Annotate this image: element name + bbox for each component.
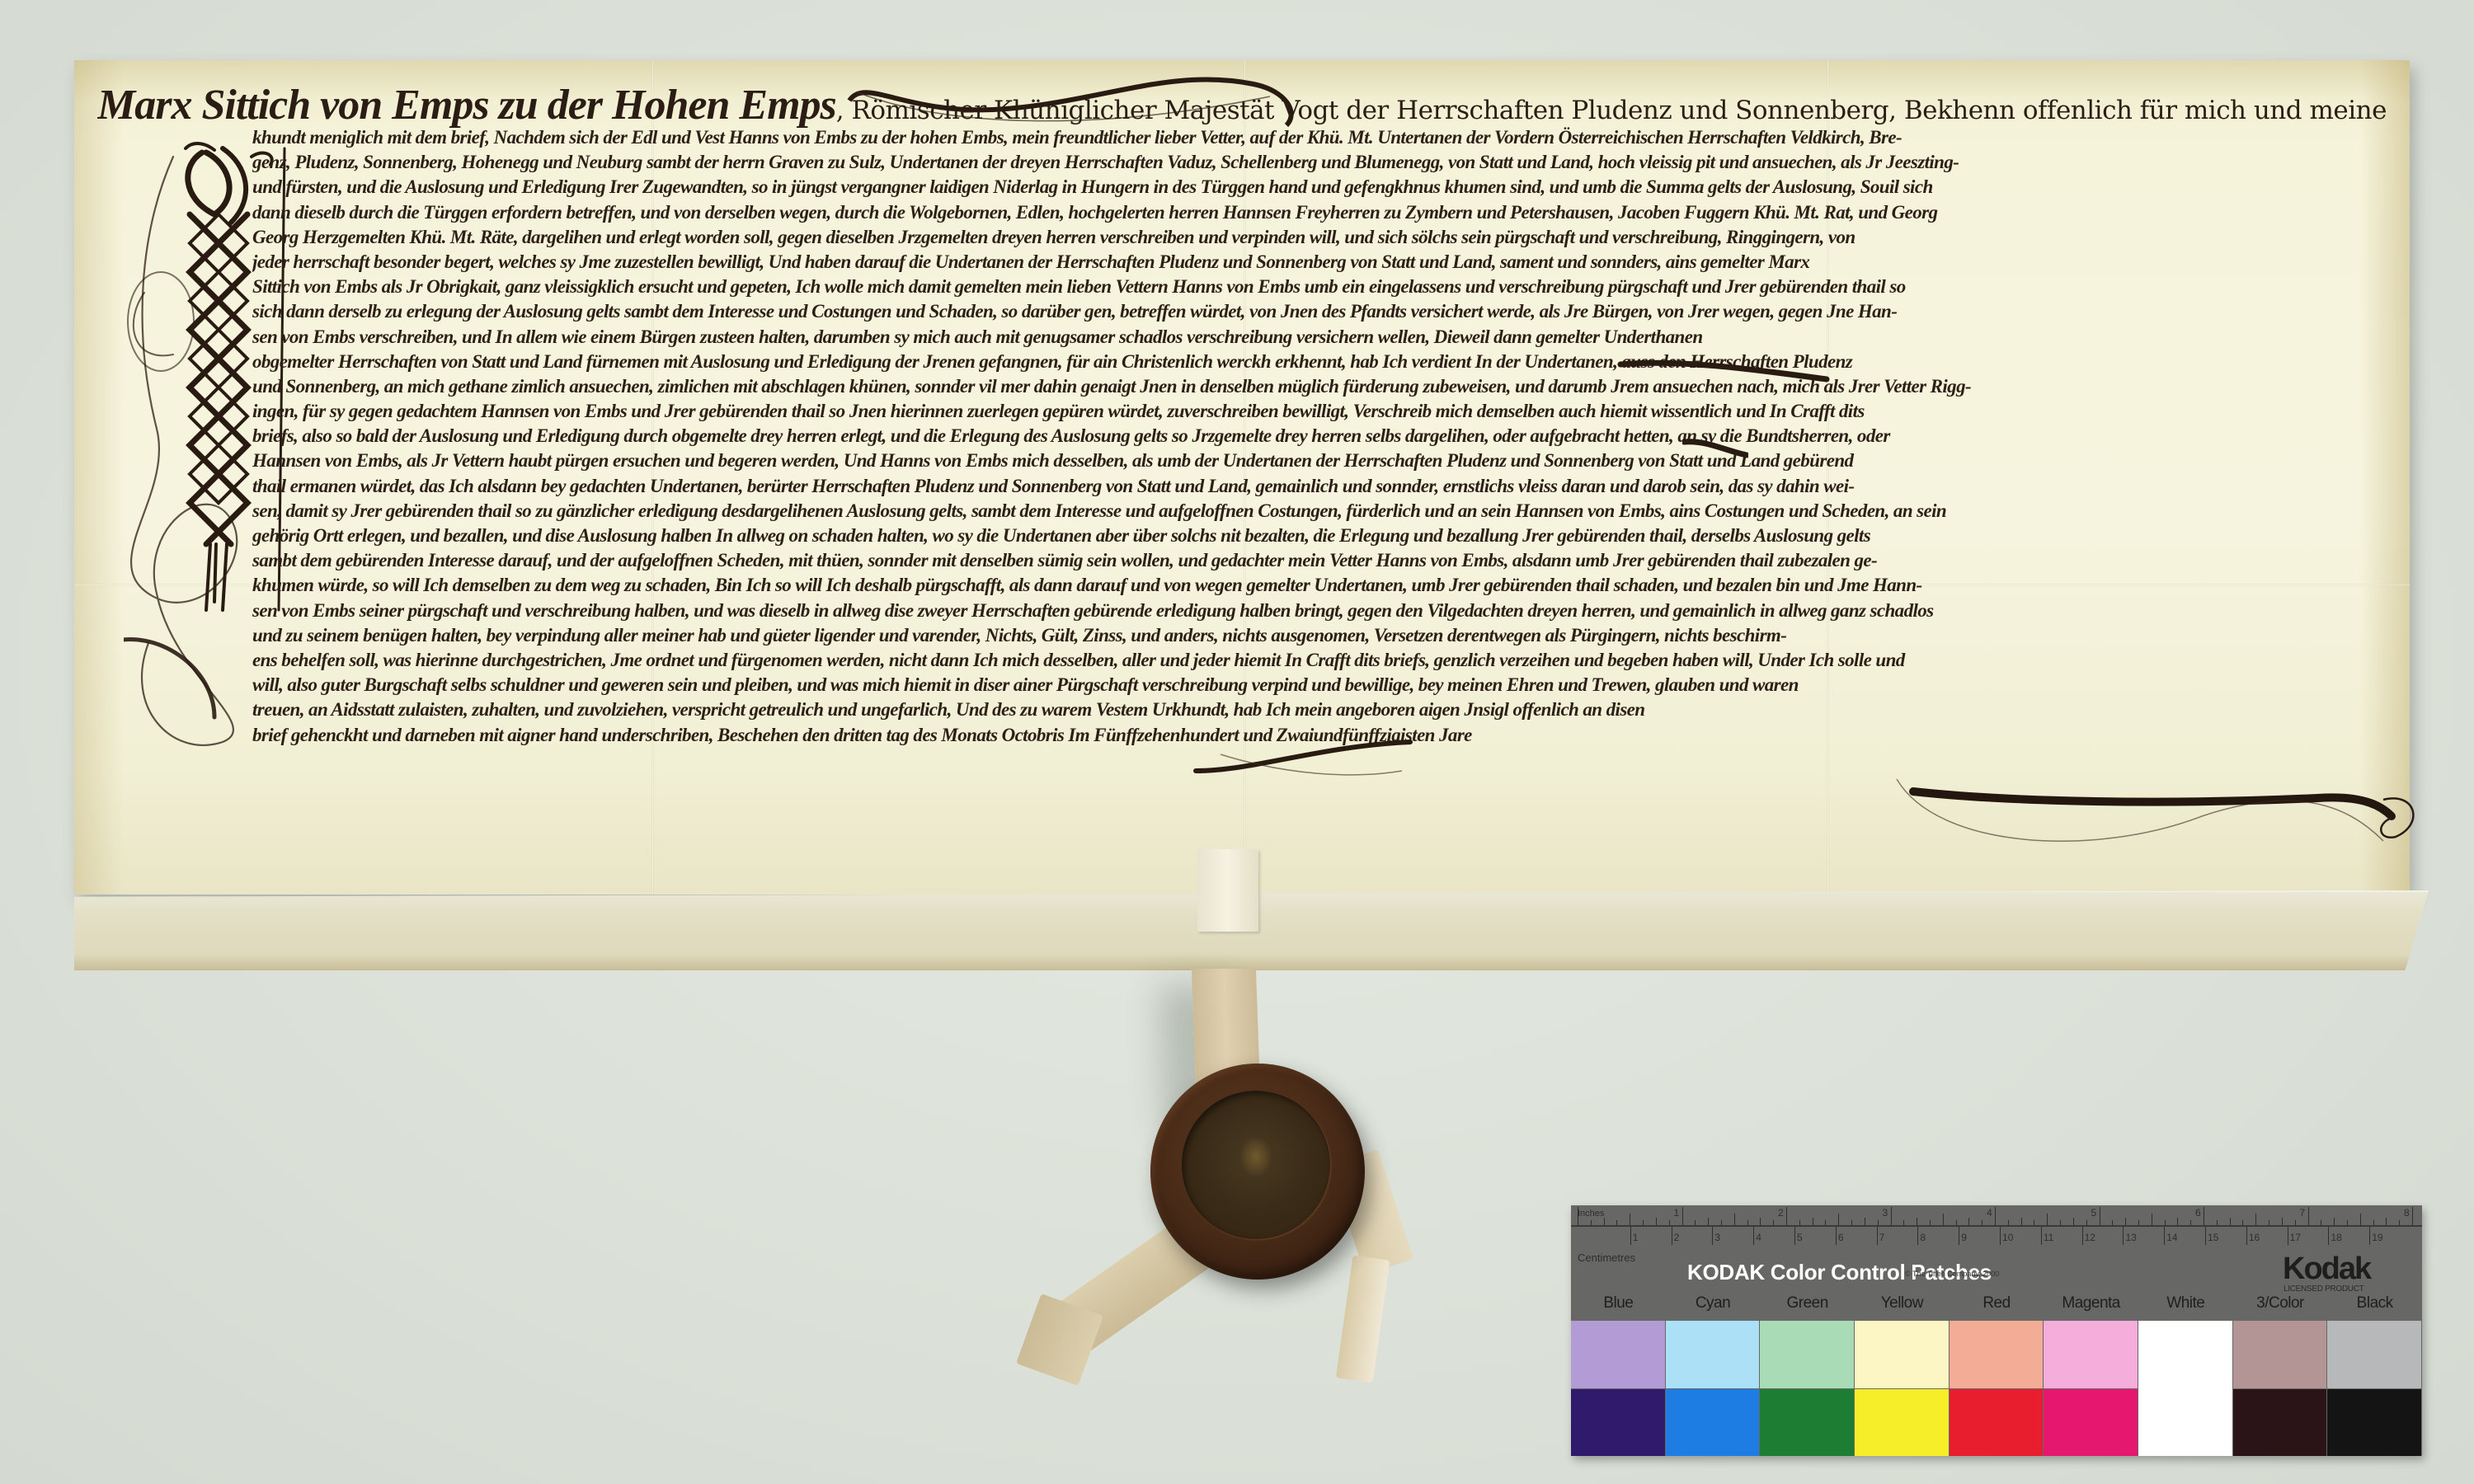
- patch-light-cyan: [1666, 1321, 1760, 1388]
- ruler-tick: [2125, 1218, 2126, 1225]
- text-line: sich dann derselb zu erlegung der Auslos…: [252, 299, 2392, 324]
- text-line: briefs, also so bald der Auslosung und E…: [252, 424, 2392, 448]
- text-line: ens behelfen soll, was hierinne durchges…: [252, 648, 2392, 673]
- ruler-tick: [2177, 1218, 2178, 1225]
- ruler-tick: [2060, 1220, 2061, 1225]
- ruler-tick: [2165, 1220, 2166, 1225]
- patch-dark-cyan: [1666, 1389, 1760, 1456]
- ruler-inches-label: Inches: [1578, 1209, 1604, 1219]
- patch-label-magenta: Magenta: [2046, 1294, 2137, 1313]
- ruler-tick: [2000, 1227, 2001, 1245]
- ruler-tick: [1995, 1207, 1996, 1225]
- ruler-tick: [2321, 1220, 2321, 1225]
- patch-label-white: White: [2140, 1294, 2231, 1313]
- ruler-tick: [2164, 1227, 2165, 1245]
- patch-labels: BlueCyanGreenYellowRedMagentaWhite3/Colo…: [1571, 1294, 2422, 1317]
- patch-light-3-color: [2233, 1321, 2327, 1388]
- ruler-cm-label-tick: 12: [2085, 1232, 2095, 1243]
- ruler-tick: [2204, 1207, 2204, 1225]
- ruler-tick: [1734, 1214, 1735, 1225]
- ruler-tick: [1959, 1227, 1959, 1245]
- ruler-tick: [2123, 1227, 2124, 1245]
- ruler-inch-label: 6: [2195, 1207, 2201, 1219]
- ruler-tick: [1794, 1227, 1795, 1245]
- wax-seal: [1150, 1064, 1365, 1280]
- ruler-tick: [1630, 1214, 1630, 1225]
- ruler-tick: [1672, 1227, 1672, 1245]
- ruler-tick: [2308, 1207, 2309, 1225]
- ruler-tick: [2412, 1207, 2413, 1225]
- ruler-tick: [2021, 1218, 2022, 1225]
- ruler-cm-label-tick: 6: [1838, 1232, 1844, 1243]
- ruler-cm-label-tick: 4: [1756, 1232, 1761, 1243]
- ruler-tick: [2369, 1227, 2370, 1245]
- ruler-cm-label-tick: 19: [2372, 1232, 2382, 1243]
- ruler-tick: [2152, 1214, 2152, 1225]
- text-line: und fürsten, und die Auslosung und Erled…: [252, 175, 2392, 200]
- ruler-tick: [1695, 1220, 1696, 1225]
- ruler-tick: [1591, 1220, 1592, 1225]
- ruler-tick: [1891, 1207, 1892, 1225]
- ruler-inches: Inches 12345678: [1571, 1205, 2422, 1227]
- ruler-tick: [1578, 1207, 1578, 1225]
- ruler-tick: [2100, 1207, 2100, 1225]
- text-line: Sittich von Embs als Jr Obrigkait, ganz …: [252, 275, 2392, 299]
- ruler-cm-label-tick: 9: [1961, 1232, 1967, 1243]
- patch-label-red: Red: [1951, 1294, 2042, 1313]
- ruler-tick: [1917, 1218, 1917, 1225]
- ruler-cm-label-tick: 5: [1797, 1232, 1803, 1243]
- patch-label-blue: Blue: [1573, 1294, 1663, 1313]
- patch-dark-red: [1950, 1389, 2044, 1456]
- ruler-tick: [2282, 1218, 2283, 1225]
- patch-label-green: Green: [1762, 1294, 1853, 1313]
- ruler-tick: [1799, 1220, 1800, 1225]
- patch-light-yellow: [1855, 1321, 1949, 1388]
- ruler-tick: [2334, 1218, 2335, 1225]
- text-line: und Sonnenberg, an mich gethane zimlich …: [252, 374, 2392, 399]
- patch-dark-green: [1760, 1389, 1854, 1456]
- ruler-tick: [1851, 1220, 1852, 1225]
- patch-light-green: [1760, 1321, 1854, 1388]
- kodak-logo: Kodak: [2283, 1252, 2370, 1287]
- text-line: sen, damit sy Jrer gebürenden thail so z…: [252, 499, 2392, 524]
- text-line: dann dieselb durch die Türggen erfordern…: [252, 200, 2392, 225]
- ruler-tick: [2230, 1218, 2231, 1225]
- ruler-cm-label-tick: 10: [2002, 1232, 2013, 1243]
- patch-label-black: Black: [2330, 1294, 2420, 1313]
- ruler-cm-label-tick: 8: [1920, 1232, 1926, 1243]
- ruler-tick: [2386, 1218, 2387, 1225]
- text-line: obgemelter Herrschaften von Statt und La…: [252, 350, 2392, 374]
- patch-light-black: [2327, 1321, 2421, 1388]
- ruler-tick: [2047, 1214, 2048, 1225]
- ruler-tick: [2328, 1227, 2329, 1245]
- ruler-tick: [2217, 1220, 2218, 1225]
- ruler-tick: [1877, 1227, 1878, 1245]
- ruler-tick: [1708, 1218, 1709, 1225]
- ruler-inch-label: 1: [1674, 1207, 1680, 1219]
- ruler-cm-label-tick: 3: [1714, 1232, 1720, 1243]
- patch-label-yellow: Yellow: [1856, 1294, 1947, 1313]
- ruler-tick: [2034, 1220, 2034, 1225]
- patch-dark-3-color: [2233, 1389, 2327, 1456]
- ruler-tick: [1838, 1214, 1839, 1225]
- ruler-tick: [1682, 1207, 1683, 1225]
- ruler-cm-label: Centimetres: [1578, 1252, 1635, 1264]
- ruler-inch-label: 2: [1778, 1207, 1784, 1219]
- ruler-tick: [2246, 1227, 2247, 1245]
- ruler-tick: [1747, 1220, 1748, 1225]
- ruler-tick: [1836, 1227, 1837, 1245]
- patch-label-3-color: 3/Color: [2235, 1294, 2326, 1313]
- ruler-tick: [1930, 1220, 1931, 1225]
- ruler-tick: [2073, 1218, 2074, 1225]
- charter-heading: Marx Sittich von Emps zu der Hohen Emps,…: [97, 81, 2390, 129]
- ruler-tick: [1712, 1227, 1713, 1245]
- color-patches: [1571, 1321, 2422, 1456]
- ruler-tick: [1643, 1220, 1644, 1225]
- ruler-tick: [1825, 1220, 1826, 1225]
- ruler-tick: [1813, 1218, 1813, 1225]
- ruler-tick: [2112, 1220, 2113, 1225]
- ruler-tick: [1917, 1227, 1918, 1245]
- ruler-tick: [1760, 1218, 1761, 1225]
- patch-dark-yellow: [1855, 1389, 1949, 1456]
- text-line: und zu seinem benügen halten, bey verpin…: [252, 623, 2392, 648]
- ruler-tick: [1903, 1220, 1904, 1225]
- ruler-tick: [2082, 1227, 2083, 1245]
- text-line: sen von Embs verschreiben, und In allem …: [252, 325, 2392, 350]
- ruler-tick: [1721, 1220, 1722, 1225]
- ruler-cm-label-tick: 18: [2331, 1232, 2341, 1243]
- ruler-tick: [2347, 1220, 2348, 1225]
- card-copyright: © The Tiffen Company, 2000: [1905, 1270, 1999, 1278]
- text-line: sen von Embs seiner pürgschaft und versc…: [252, 599, 2392, 623]
- patch-dark-black: [2327, 1389, 2421, 1456]
- ruler-tick: [1656, 1218, 1657, 1225]
- ruler-inch-label: 5: [2091, 1207, 2097, 1219]
- text-line: jeder herrschaft besonder begert, welche…: [252, 250, 2392, 275]
- issuer-name: Marx Sittich von Emps zu der Hohen Emps: [97, 82, 836, 129]
- ruler-cm-label-tick: 13: [2125, 1232, 2136, 1243]
- ruler-tick: [1982, 1220, 1982, 1225]
- ruler-tick: [2373, 1220, 2374, 1225]
- ruler-tick: [2205, 1227, 2206, 1245]
- ruler-tick: [2138, 1220, 2139, 1225]
- ruler-tick: [1786, 1207, 1787, 1225]
- ruler-tick: [1669, 1220, 1670, 1225]
- text-line: thail ermanen würdet, das Ich alsdann be…: [252, 474, 2392, 499]
- ruler-tick: [1616, 1220, 1617, 1225]
- ruler-tick: [2295, 1220, 2296, 1225]
- ruler-tick: [1753, 1227, 1754, 1245]
- ruler-tick: [1604, 1218, 1605, 1225]
- text-line: genz, Pludenz, Sonnenberg, Hohenegg und …: [252, 150, 2392, 175]
- ruler-tick: [1968, 1218, 1969, 1225]
- ruler-tick: [2041, 1227, 2042, 1245]
- ruler-inch-label: 3: [1883, 1207, 1888, 1219]
- ruler-cm-label-tick: 15: [2208, 1232, 2218, 1243]
- patch-light-magenta: [2044, 1321, 2138, 1388]
- patch-light-blue: [1571, 1321, 1665, 1388]
- ruler-tick: [1865, 1218, 1865, 1225]
- ruler-cm-label-tick: 7: [1879, 1232, 1885, 1243]
- ruler-tick: [1943, 1214, 1944, 1225]
- text-line: gehörig Ortt erlegen, und bezallen, und …: [252, 524, 2392, 548]
- text-line: will, also guter Burgschaft selbs schuld…: [252, 673, 2392, 697]
- ruler-inch-label: 4: [1987, 1207, 1992, 1219]
- seal-strap: [1197, 849, 1258, 932]
- ruler-cm-label-tick: 2: [1674, 1232, 1680, 1243]
- ruler-inch-label: 7: [2300, 1207, 2306, 1219]
- heading-continuation: , Römischer Khüniglicher Majestät Vogt d…: [836, 96, 2390, 125]
- ruler-inch-label: 8: [2404, 1207, 2410, 1219]
- text-line: ingen, für sy gegen gedachtem Hannsen vo…: [252, 399, 2392, 424]
- ruler-centimetres: 12345678910111213141516171819: [1571, 1227, 2422, 1247]
- ruler-tick: [2190, 1220, 2191, 1225]
- ruler-tick: [2086, 1220, 2087, 1225]
- patch-label-cyan: Cyan: [1667, 1294, 1758, 1313]
- seal-emblem-icon: [1239, 1136, 1272, 1177]
- ruler-tick: [2242, 1220, 2243, 1225]
- ruler-tick: [2008, 1220, 2009, 1225]
- text-line: brief gehenckht und darneben mit aigner …: [252, 723, 1943, 748]
- text-line: sambt dem gebürenden Interesse darauf, u…: [252, 548, 2392, 573]
- patch-dark-magenta: [2044, 1389, 2138, 1456]
- ruler-cm-label-tick: 11: [2044, 1232, 2053, 1243]
- patch-light-red: [1950, 1321, 2044, 1388]
- ruler-cm-label-tick: 1: [1633, 1232, 1639, 1243]
- ruler-cm-label-tick: 17: [2290, 1232, 2301, 1243]
- text-line: khundt meniglich mit dem brief, Nachdem …: [252, 125, 2392, 150]
- ruler-tick: [2269, 1220, 2269, 1225]
- ruler-tick: [2360, 1214, 2361, 1225]
- ruler-tick: [1773, 1220, 1774, 1225]
- kodak-color-card: Inches 12345678 123456789101112131415161…: [1571, 1205, 2422, 1456]
- ruler-tick: [2399, 1220, 2400, 1225]
- kodak-licensed: LICENSED PRODUCT: [2284, 1284, 2363, 1294]
- charter-body: khundt meniglich mit dem brief, Nachdem …: [252, 125, 2392, 748]
- seal-impression: [1182, 1091, 1330, 1239]
- ruler-cm-label-tick: 16: [2249, 1232, 2260, 1243]
- text-line: Georg Herzgemelten Khü. Mt. Räte, dargel…: [252, 225, 2392, 250]
- ruler-tick: [1956, 1220, 1957, 1225]
- patch-dark-blue: [1571, 1389, 1665, 1456]
- ruler-tick: [2255, 1214, 2256, 1225]
- text-line: treuen, an Aidsstatt zulaisten, zuhalten…: [252, 697, 2392, 722]
- ruler-tick: [1878, 1220, 1879, 1225]
- ruler-cm-label-tick: 14: [2166, 1232, 2177, 1243]
- text-line: khumen würde, so will Ich demselben zu d…: [252, 573, 2392, 598]
- patch-light-white: [2138, 1321, 2232, 1456]
- text-line: Hannsen von Embs, als Jr Vettern haubt p…: [252, 448, 2392, 473]
- ruler-tick: [1630, 1227, 1631, 1245]
- ruler-tick: [2288, 1227, 2288, 1245]
